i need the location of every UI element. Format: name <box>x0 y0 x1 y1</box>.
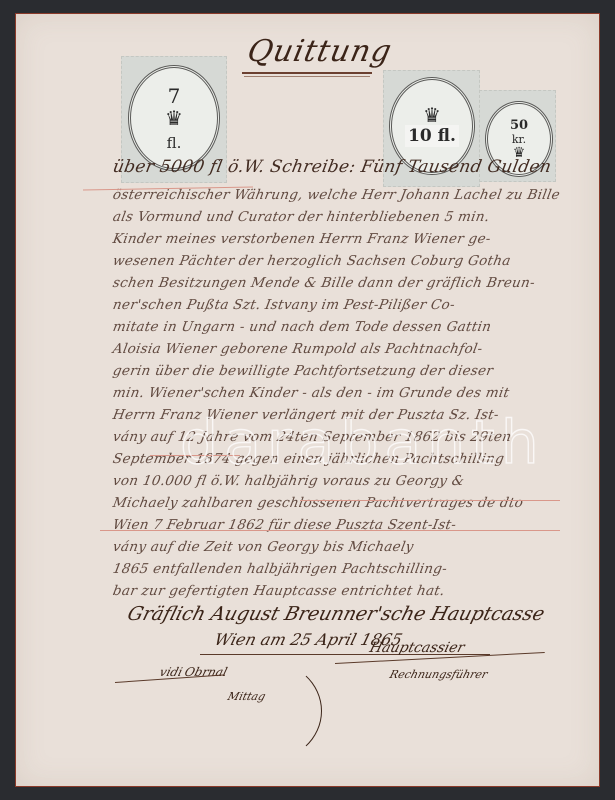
signature-right-sub: Rechnungsführer <box>388 668 489 681</box>
body-line-5: wesenen Pächter der herzoglich Sachsen C… <box>112 253 512 269</box>
body-line-20: bar zur gefertigten Hauptcasse entrichte… <box>112 583 447 599</box>
body-line-16: Michaely zahlbaren geschlossenen Pachtve… <box>112 495 525 511</box>
body-line-10: gerin über die bewilligte Pachtfortsetzu… <box>112 363 495 379</box>
double-eagle-icon: ♛ <box>165 108 183 128</box>
body-line-7: ner'schen Pußta Szt. Istvany im Pest-Pil… <box>112 297 457 313</box>
title-underline-secondary <box>244 76 370 77</box>
body-line-19: 1865 entfallenden halbjährigen Pachtschi… <box>112 561 449 577</box>
stamp-value-unit: fl. <box>167 134 182 152</box>
stamp-value: 10 fl. <box>405 125 459 147</box>
stamp-value-number: 50 <box>510 118 528 133</box>
body-line-6: schen Besitzungen Mende & Bille dann der… <box>112 275 537 291</box>
double-eagle-icon: ♛ <box>423 105 441 125</box>
watermark: darabanth <box>180 408 545 478</box>
red-ruling-4 <box>100 530 560 531</box>
stamp-value-number: 7 <box>168 84 181 108</box>
signature-flourish <box>210 660 322 762</box>
document-title: Quittung <box>244 34 395 69</box>
body-line-1: über 5000 fl ö.W. Schreibe: Fünf Tausend… <box>111 157 553 177</box>
red-ruling-3 <box>300 500 560 501</box>
body-line-4: Kinder meines verstorbenen Herrn Franz W… <box>112 231 493 247</box>
title-underline <box>242 72 372 74</box>
body-line-2: österreichischer Währung, welche Herr Jo… <box>112 187 562 203</box>
body-line-18: vány auf die Zeit von Georgy bis Michael… <box>112 539 415 555</box>
body-line-3: als Vormund und Curator der hinterbliebe… <box>112 209 491 225</box>
closing-line: Gräflich August Breunner'sche Hauptcasse <box>125 603 547 625</box>
body-line-11: min. Wiener'schen Kinder - als den - im … <box>112 385 511 401</box>
body-line-8: mitate in Ungarn - und nach dem Tode des… <box>112 319 493 335</box>
body-line-9: Aloisia Wiener geborene Rumpold als Pach… <box>112 341 484 357</box>
signature-right-name: Hauptcassier <box>368 640 466 656</box>
